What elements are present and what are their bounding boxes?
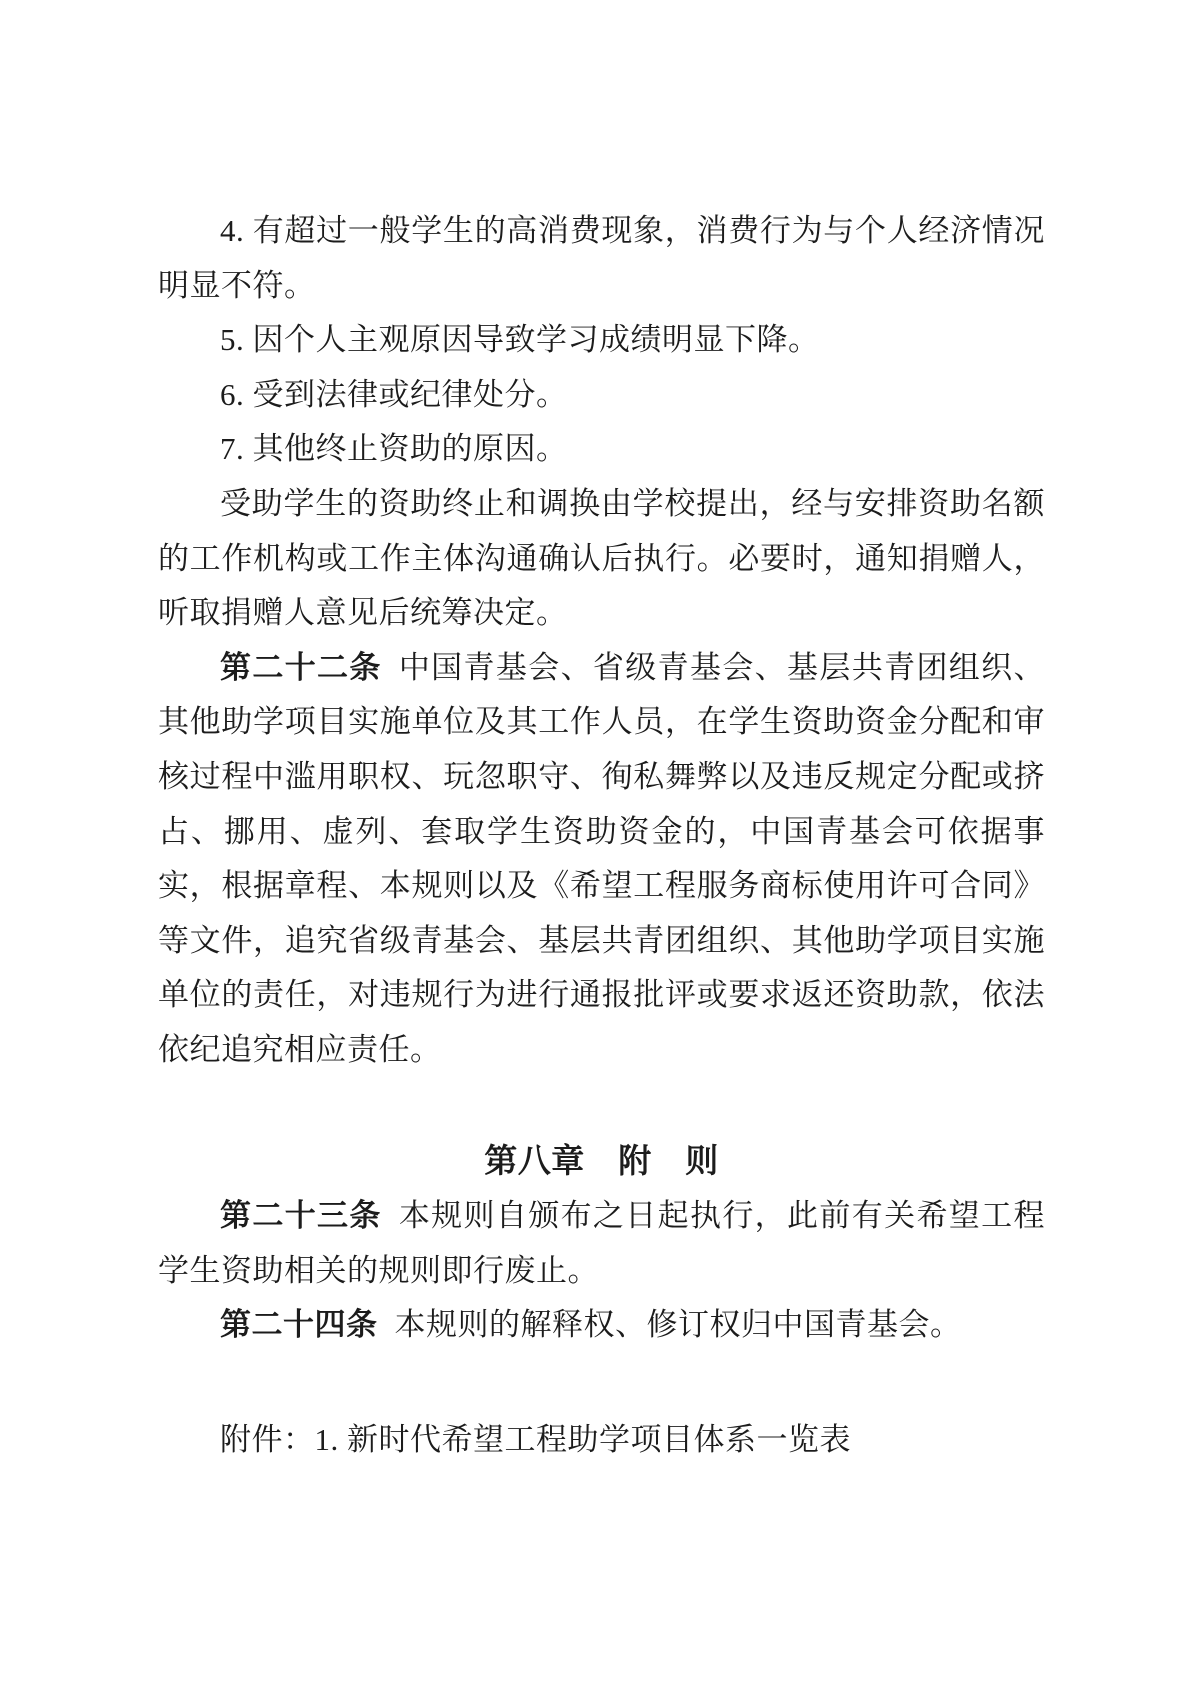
attachment-item: 1. 新时代希望工程助学项目体系一览表 bbox=[315, 1422, 852, 1457]
paragraph-termination-procedure: 受助学生的资助终止和调换由学校提出，经与安排资助名额的工作机构或工作主体沟通确认… bbox=[158, 477, 1045, 641]
paragraph-article-23: 第二十三条本规则自颁布之日起执行，此前有关希望工程学生资助相关的规则即行废止。 bbox=[158, 1189, 1045, 1298]
article-24-text: 本规则的解释权、修订权归中国青基会。 bbox=[395, 1307, 962, 1342]
document-page: 4. 有超过一般学生的高消费现象，消费行为与个人经济情况明显不符。 5. 因个人… bbox=[0, 0, 1191, 1684]
attachment-line: 附件：1. 新时代希望工程助学项目体系一览表 bbox=[158, 1413, 1045, 1468]
article-22-text: 中国青基会、省级青基会、基层共青团组织、其他助学项目实施单位及其工作人员，在学生… bbox=[158, 650, 1045, 1067]
chapter-8-heading: 第八章 附 则 bbox=[158, 1135, 1045, 1190]
article-22-term: 第二十二条 bbox=[220, 650, 382, 685]
paragraph-article-24: 第二十四条本规则的解释权、修订权归中国青基会。 bbox=[158, 1298, 1045, 1353]
article-24-term: 第二十四条 bbox=[220, 1307, 378, 1342]
attachment-label: 附件： bbox=[220, 1422, 315, 1457]
document-body: 4. 有超过一般学生的高消费现象，消费行为与个人经济情况明显不符。 5. 因个人… bbox=[158, 204, 1045, 1467]
list-item: 4. 有超过一般学生的高消费现象，消费行为与个人经济情况明显不符。 bbox=[158, 204, 1045, 313]
list-item: 7. 其他终止资助的原因。 bbox=[158, 422, 1045, 477]
article-23-term: 第二十三条 bbox=[220, 1198, 382, 1233]
list-item: 5. 因个人主观原因导致学习成绩明显下降。 bbox=[158, 313, 1045, 368]
list-item: 6. 受到法律或纪律处分。 bbox=[158, 368, 1045, 423]
paragraph-article-22: 第二十二条中国青基会、省级青基会、基层共青团组织、其他助学项目实施单位及其工作人… bbox=[158, 641, 1045, 1078]
